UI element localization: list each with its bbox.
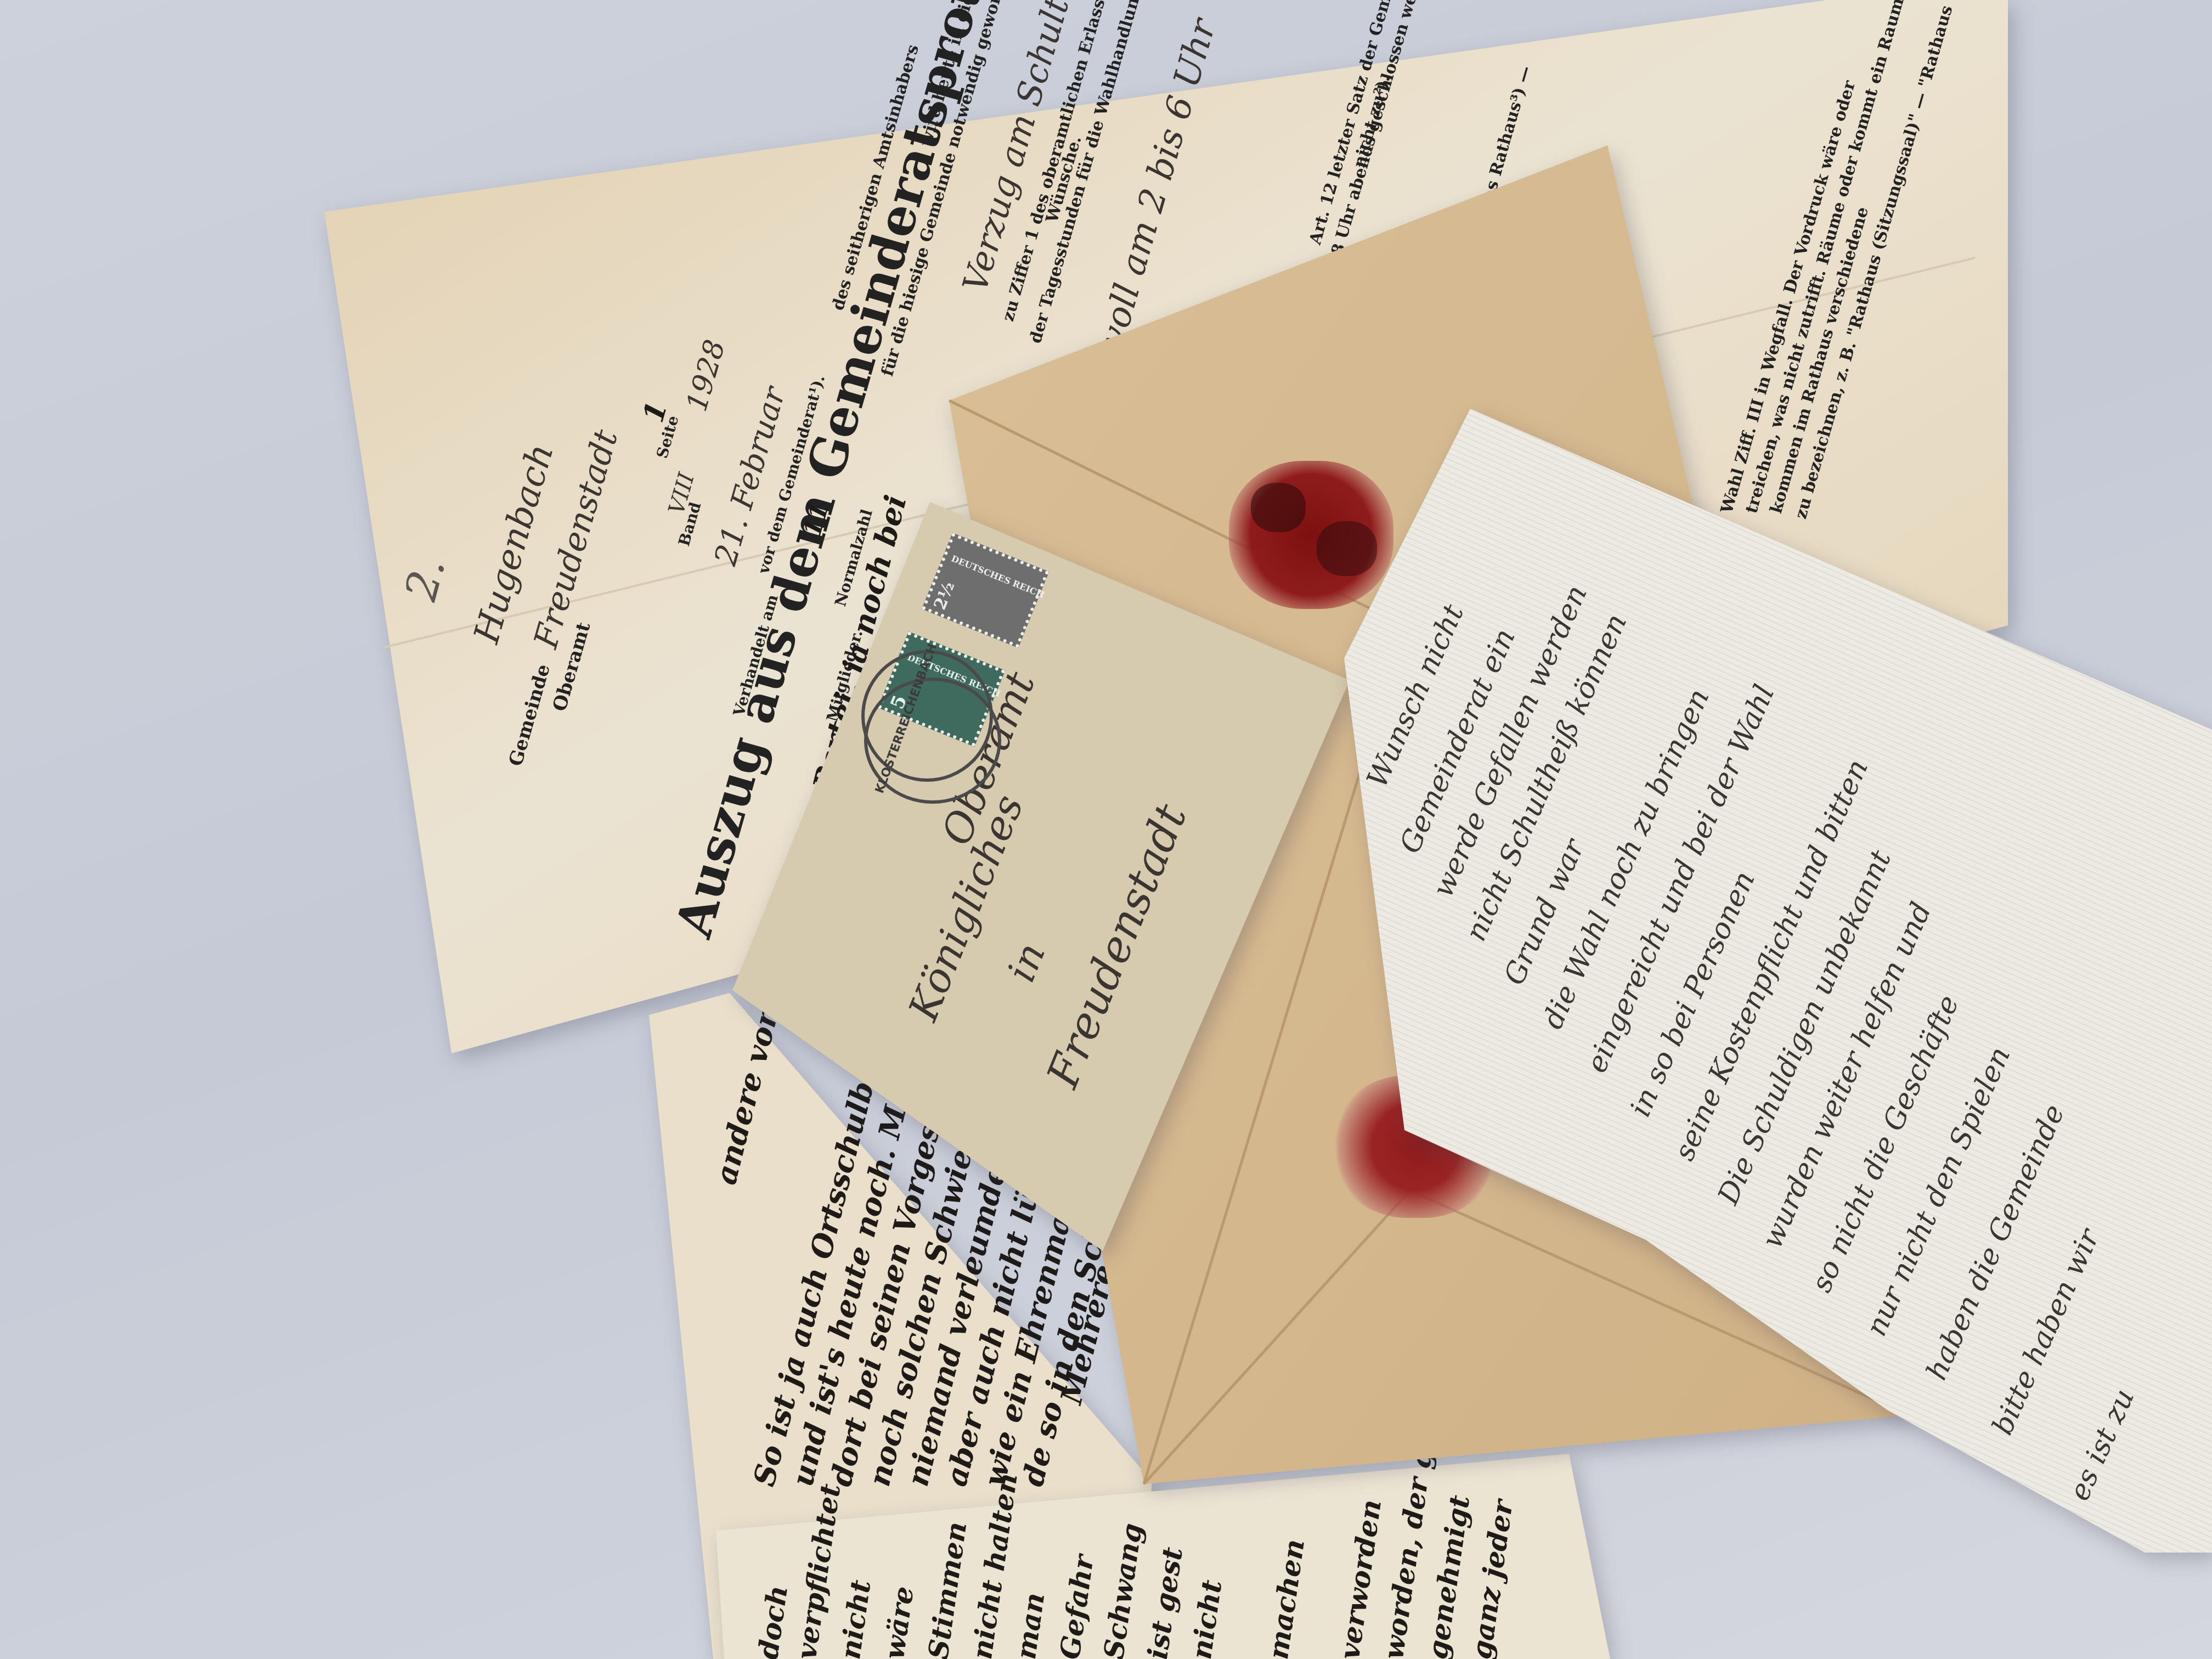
ribbed-letter — [0, 0, 2212, 1659]
